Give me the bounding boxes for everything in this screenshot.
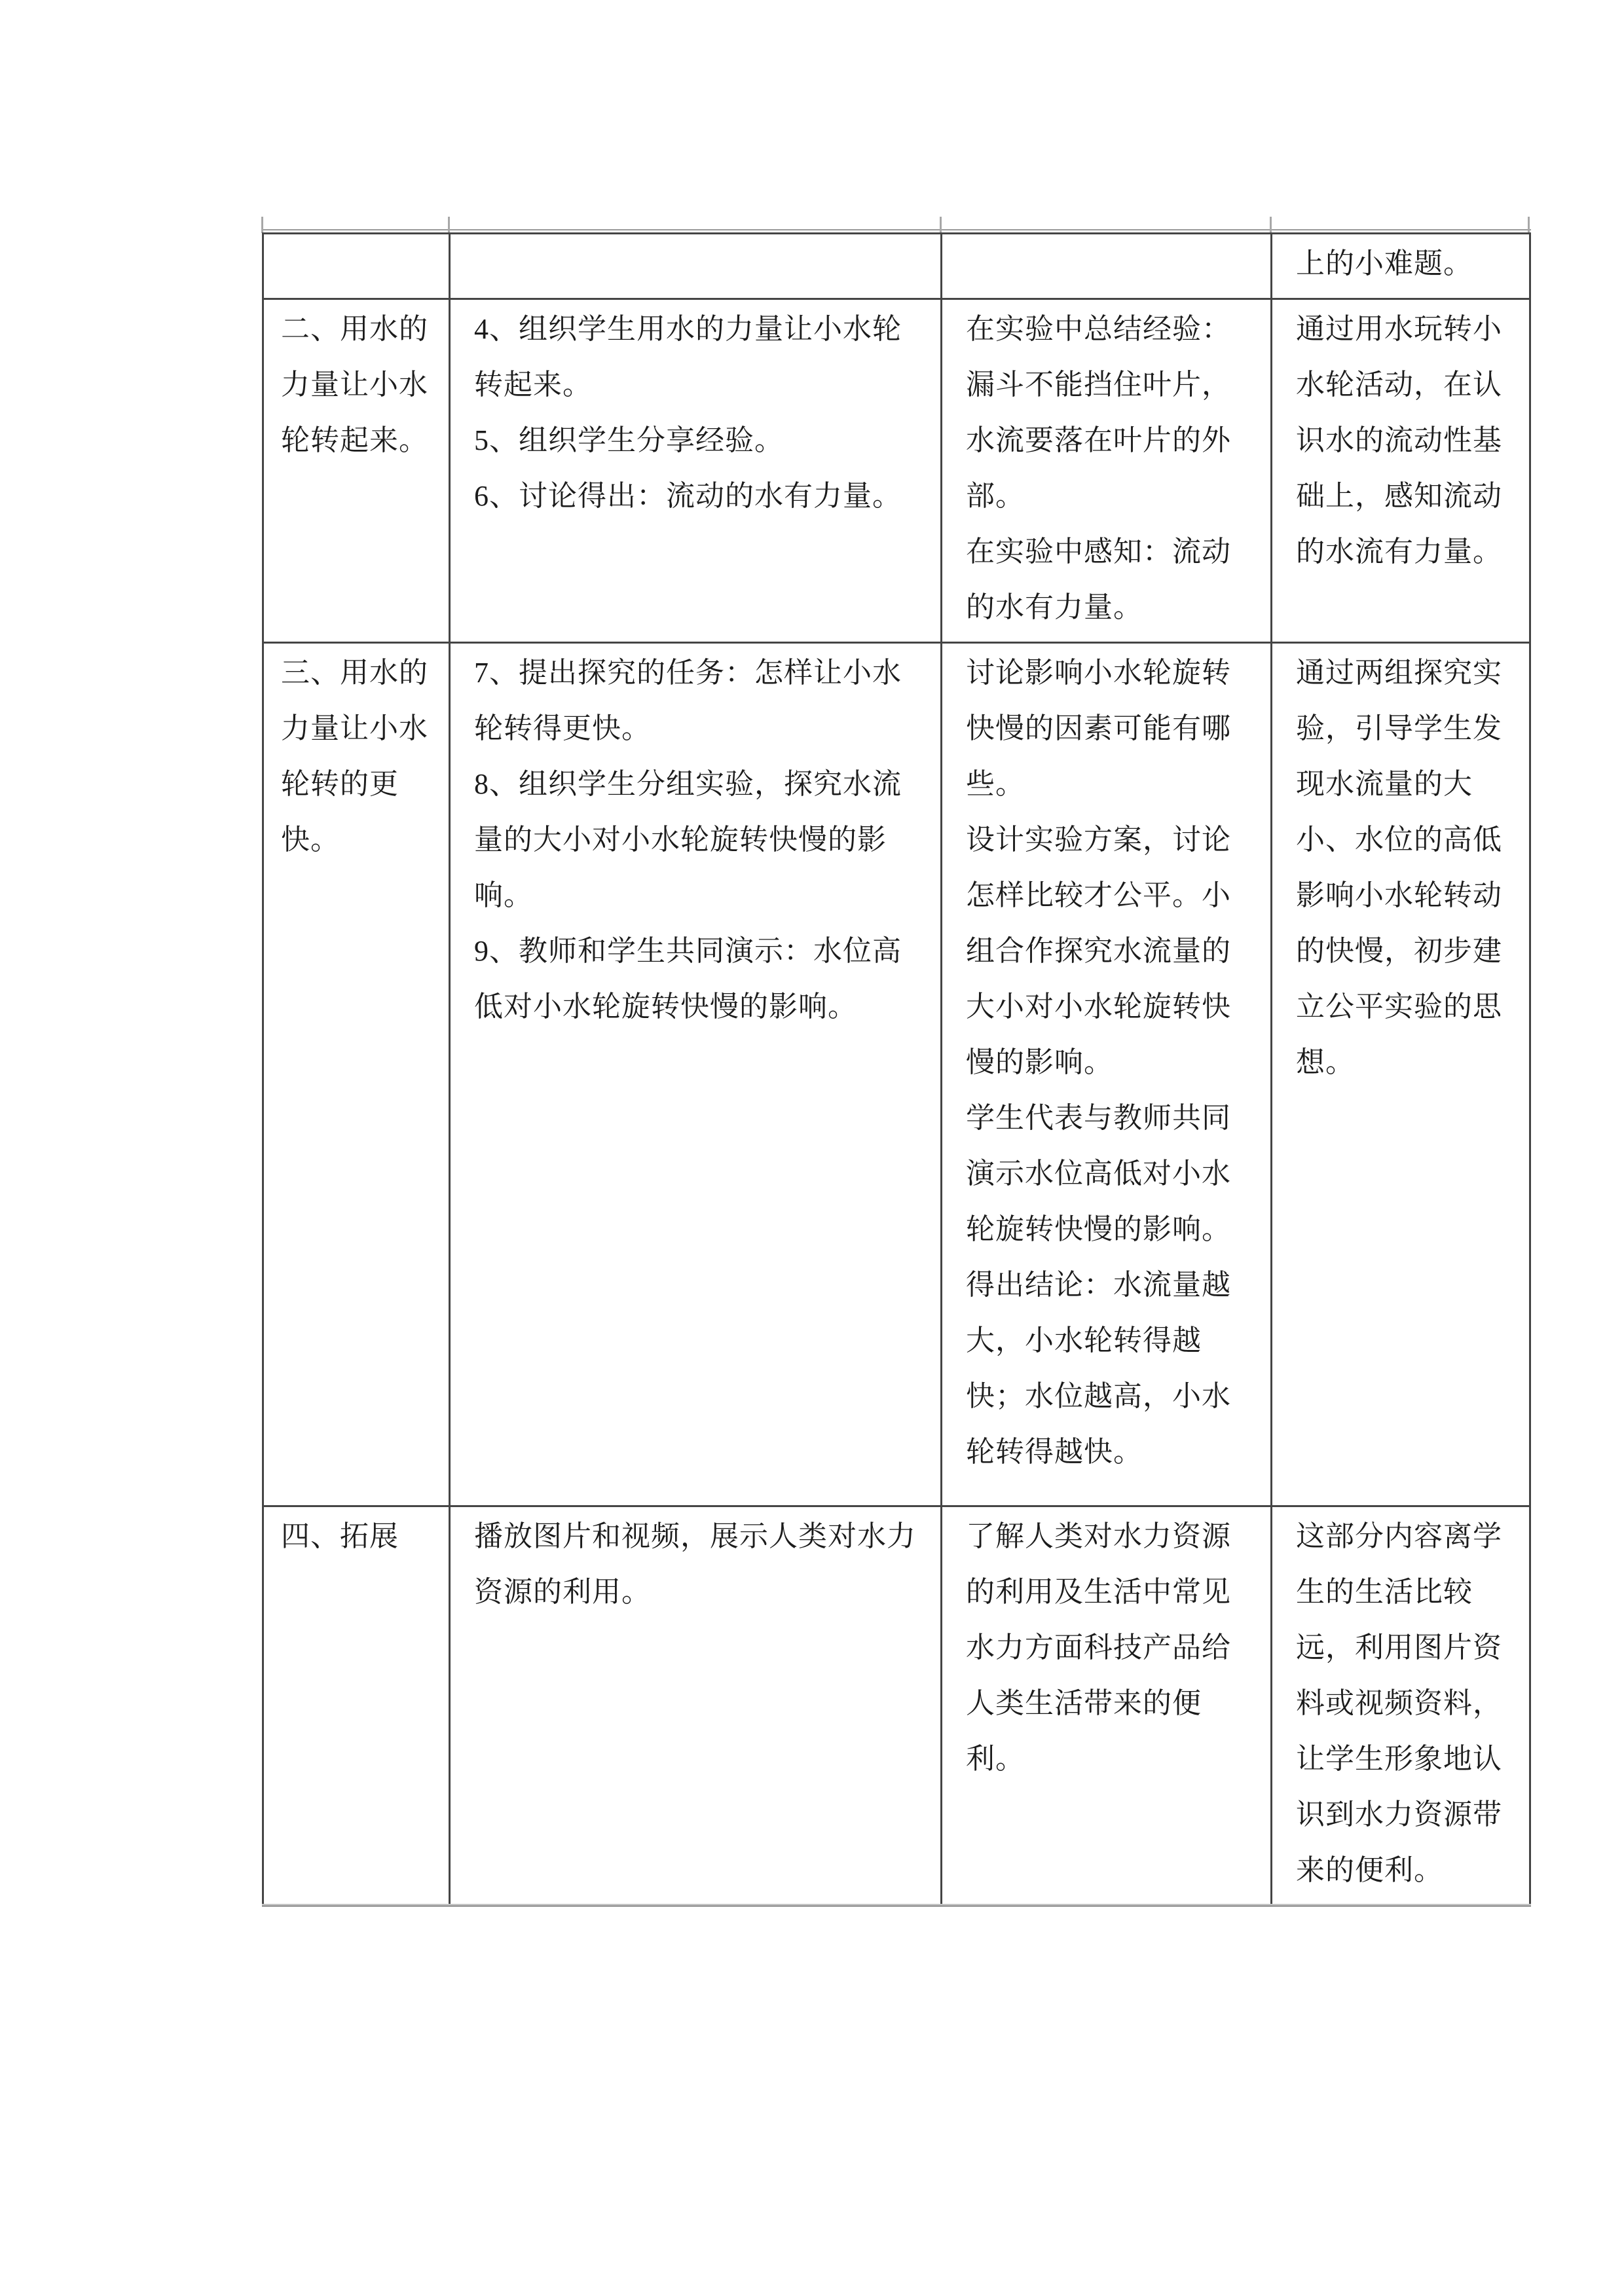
cell-teacher-activity-4: 播放图片和视频，展示人类对水力 资源的利用。 [450,1506,942,1906]
cell-teacher-activity-2: 4、组织学生用水的力量让小水轮 转起来。 5、组织学生分享经验。 6、讨论得出：… [450,299,942,643]
lesson-plan-table: 上的小难题。 二、用水的 力量让小水 轮转起来。 4、组织学生用水的力量让小水轮… [262,232,1531,1906]
column-line-stub [1270,217,1272,233]
table-row-stage-3: 三、用水的 力量让小水 轮转的更 快。 7、提出探究的任务：怎样让小水 轮转得更… [263,643,1530,1506]
cell-design-intent-4: 这部分内容离学 生的生活比较 远，利用图片资 料或视频资料， 让学生形象地认 识… [1272,1506,1530,1906]
cell-stage-continued [263,234,450,299]
cell-design-intent-2: 通过用水玩转小 水轮活动，在认 识水的流动性基 础上，感知流动 的水流有力量。 [1272,299,1530,643]
page-break-ghost-line-top [262,229,1531,230]
table-row-continued: 上的小难题。 [263,234,1530,299]
column-line-stub [940,217,942,233]
cell-stage-4: 四、拓展 [263,1506,450,1906]
table-row-stage-4: 四、拓展 播放图片和视频，展示人类对水力 资源的利用。 了解人类对水力资源 的利… [263,1506,1530,1906]
page-break-ghost-line-bottom [262,1904,1531,1906]
cell-student-activity-continued [942,234,1272,299]
table-row-stage-2: 二、用水的 力量让小水 轮转起来。 4、组织学生用水的力量让小水轮 转起来。 5… [263,299,1530,643]
cell-student-activity-3: 讨论影响小水轮旋转 快慢的因素可能有哪 些。 设计实验方案，讨论 怎样比较才公平… [942,643,1272,1506]
cell-design-intent-3: 通过两组探究实 验，引导学生发 现水流量的大 小、水位的高低 影响小水轮转动 的… [1272,643,1530,1506]
cell-stage-3: 三、用水的 力量让小水 轮转的更 快。 [263,643,450,1506]
column-line-stub [448,217,450,233]
cell-design-intent-continued: 上的小难题。 [1272,234,1530,299]
document-page: 上的小难题。 二、用水的 力量让小水 轮转起来。 4、组织学生用水的力量让小水轮… [0,0,1624,2296]
column-line-stub [261,217,263,233]
cell-student-activity-2: 在实验中总结经验： 漏斗不能挡住叶片， 水流要落在叶片的外 部。 在实验中感知：… [942,299,1272,643]
cell-stage-2: 二、用水的 力量让小水 轮转起来。 [263,299,450,643]
cell-student-activity-4: 了解人类对水力资源 的利用及生活中常见 水力方面科技产品给 人类生活带来的便 利… [942,1506,1272,1906]
cell-teacher-activity-3: 7、提出探究的任务：怎样让小水 轮转得更快。 8、组织学生分组实验，探究水流 量… [450,643,942,1506]
cell-teacher-activity-continued [450,234,942,299]
column-line-stub [1528,217,1530,233]
